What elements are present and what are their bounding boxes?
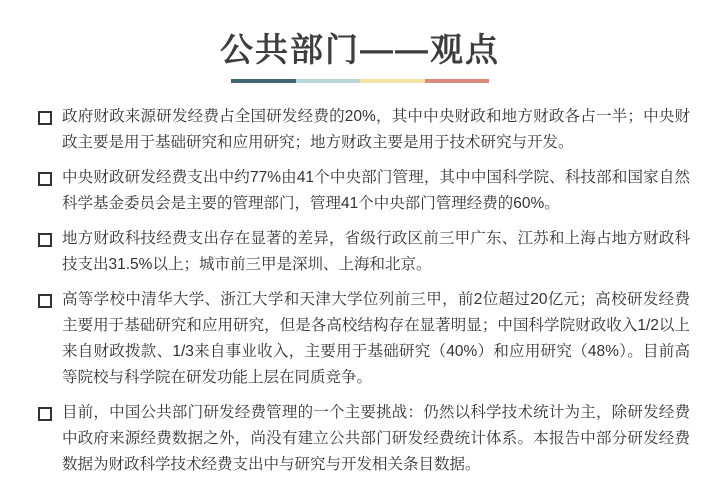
bullet-item-2: 中央财政研发经费支出中约77%由41个中央部门管理，其中中国科学院、科技部和国家…	[38, 165, 690, 217]
bullet-list: 政府财政来源研发经费占全国研发经费的20%，其中中央财政和地方财政各占一半；中央…	[0, 104, 720, 478]
bullet-text: 地方财政科技经费支出存在显著的差异，省级行政区前三甲广东、江苏和上海占地方财政科…	[62, 226, 690, 278]
hollow-square-bullet-icon	[38, 407, 52, 421]
slide: 公共部门——观点 政府财政来源研发经费占全国研发经费的20%，其中中央财政和地方…	[0, 0, 720, 483]
underline-segment-1	[231, 79, 296, 83]
hollow-square-bullet-icon	[38, 233, 52, 247]
hollow-square-bullet-icon	[38, 294, 52, 308]
hollow-square-bullet-icon	[38, 111, 52, 125]
bullet-text: 中央财政研发经费支出中约77%由41个中央部门管理，其中中国科学院、科技部和国家…	[62, 165, 690, 217]
hollow-square-bullet-icon	[38, 172, 52, 186]
underline-segment-4	[425, 79, 490, 83]
slide-header: 公共部门——观点	[0, 0, 720, 83]
bullet-item-1: 政府财政来源研发经费占全国研发经费的20%，其中中央财政和地方财政各占一半；中央…	[38, 104, 690, 156]
underline-segment-2	[296, 79, 361, 83]
bullet-item-5: 目前，中国公共部门研发经费管理的一个主要挑战：仍然以科学技术统计为主，除研发经费…	[38, 400, 690, 478]
bullet-text: 目前，中国公共部门研发经费管理的一个主要挑战：仍然以科学技术统计为主，除研发经费…	[62, 400, 690, 478]
title-underline	[231, 79, 489, 83]
bullet-item-4: 高等学校中清华大学、浙江大学和天津大学位列前三甲，前2位超过20亿元；高校研发经…	[38, 287, 690, 391]
bullet-text: 政府财政来源研发经费占全国研发经费的20%，其中中央财政和地方财政各占一半；中央…	[62, 104, 690, 156]
bullet-item-3: 地方财政科技经费支出存在显著的差异，省级行政区前三甲广东、江苏和上海占地方财政科…	[38, 226, 690, 278]
underline-segment-3	[360, 79, 425, 83]
page-title: 公共部门——观点	[0, 30, 720, 70]
bullet-text: 高等学校中清华大学、浙江大学和天津大学位列前三甲，前2位超过20亿元；高校研发经…	[62, 287, 690, 391]
